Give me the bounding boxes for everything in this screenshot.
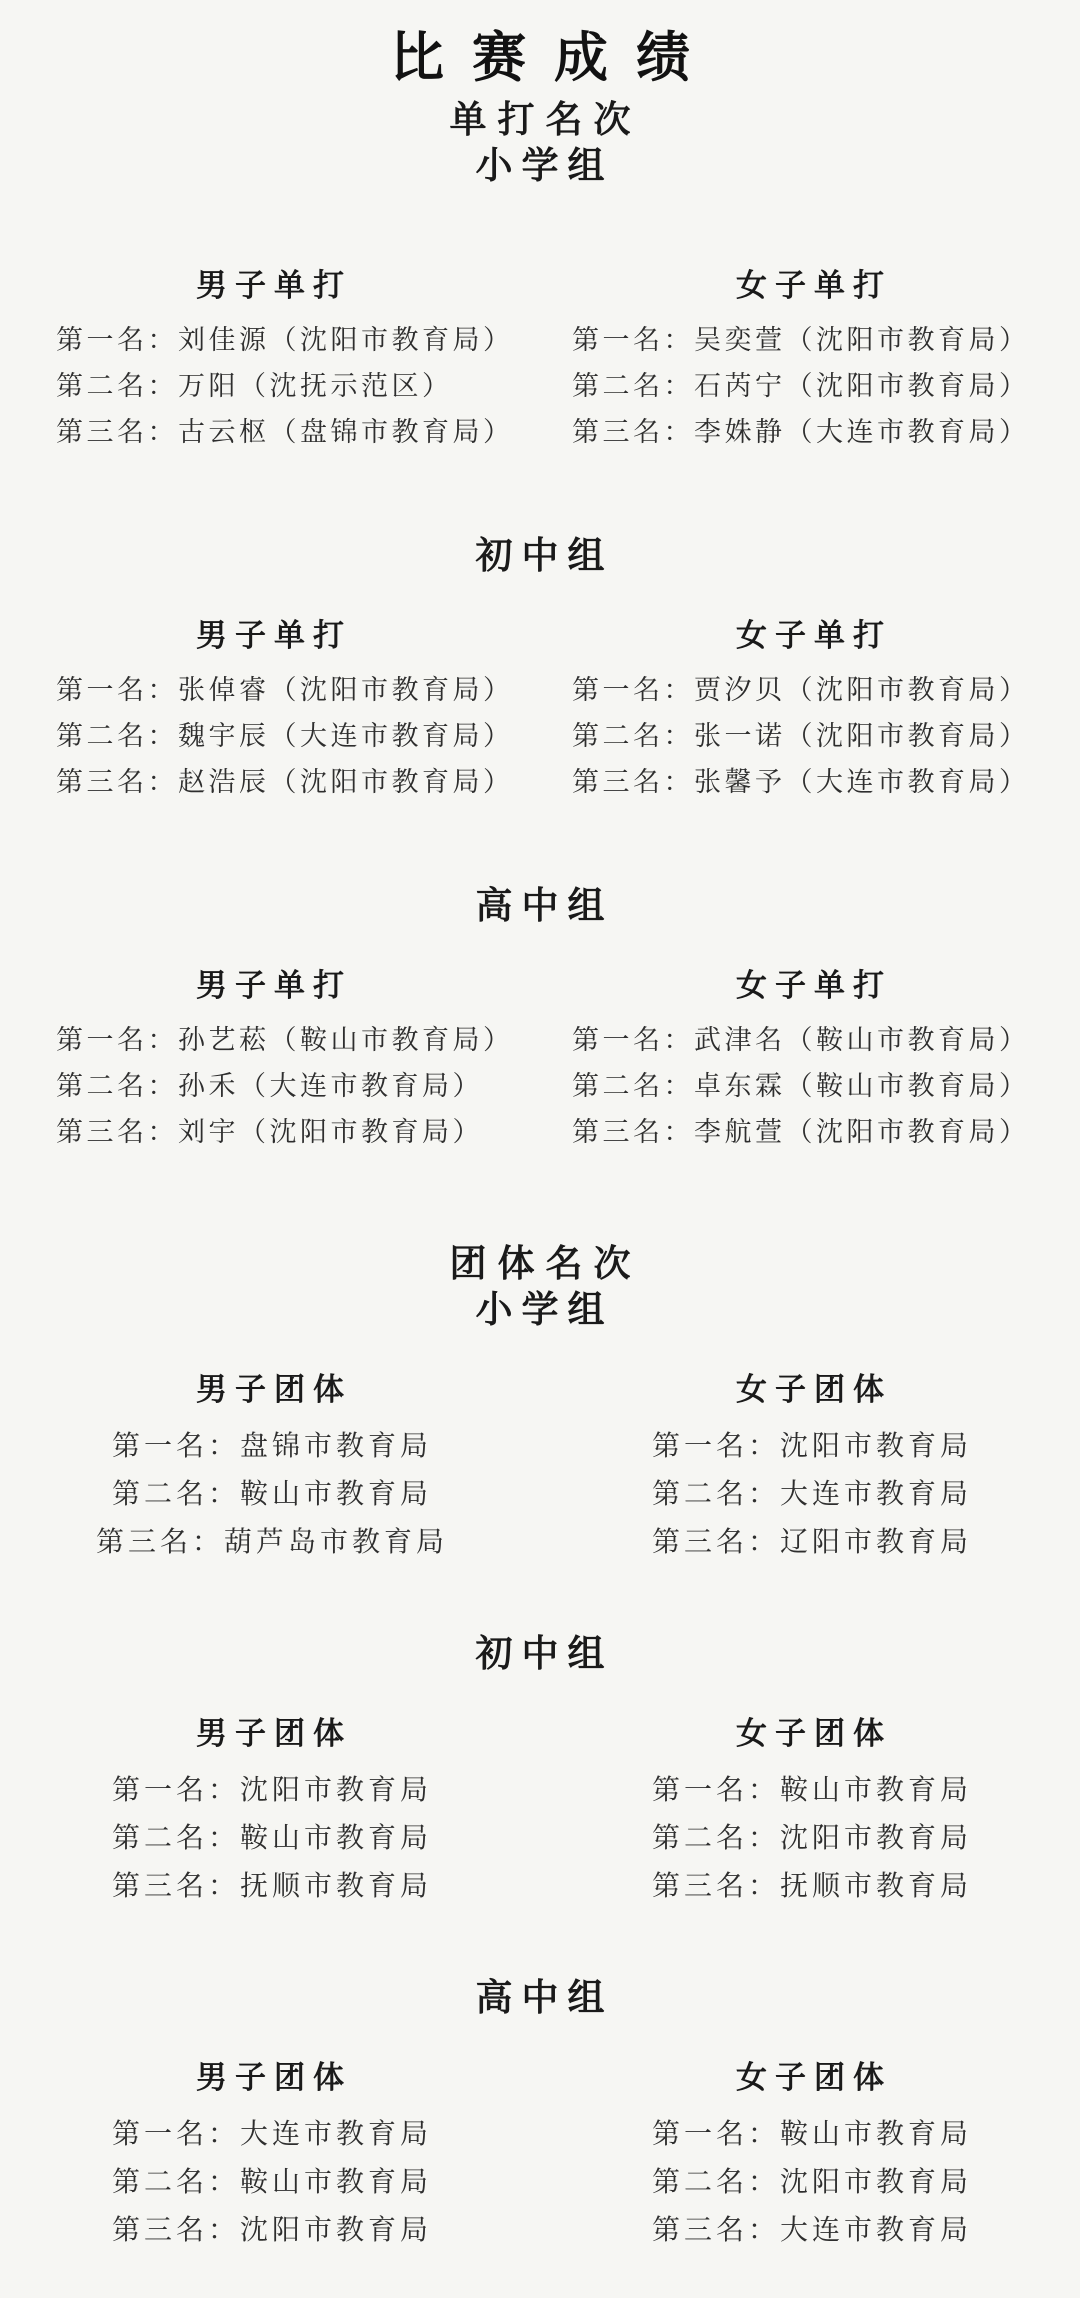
singles-section-heading: 单打名次: [0, 100, 1080, 142]
result-row: 第二名：大连市教育局: [540, 1480, 1080, 1510]
result-row: 第二名：魏宇辰（大连市教育局）: [0, 722, 540, 751]
result-row: 第三名：刘宇（沈阳市教育局）: [0, 1118, 540, 1147]
womens-team-column: 女子团体 第一名：鞍山市教育局 第二名：沈阳市教育局 第三名：抚顺市教育局: [540, 1716, 1080, 1920]
result-row: 第一名：鞍山市教育局: [540, 1776, 1080, 1806]
womens-team-column: 女子团体 第一名：沈阳市教育局 第二名：大连市教育局 第三名：辽阳市教育局: [540, 1372, 1080, 1576]
result-row: 第一名：武津名（鞍山市教育局）: [540, 1026, 1080, 1055]
results-pair-elementary-team: 男子团体 第一名：盘锦市教育局 第二名：鞍山市教育局 第三名：葫芦岛市教育局 女…: [0, 1372, 1080, 1576]
mens-singles-column: 男子单打 第一名：张倬睿（沈阳市教育局） 第二名：魏宇辰（大连市教育局） 第三名…: [0, 618, 540, 814]
womens-singles-column: 女子单打 第一名：吴奕萱（沈阳市教育局） 第二名：石芮宁（沈阳市教育局） 第三名…: [540, 268, 1080, 464]
result-row: 第二名：沈阳市教育局: [540, 1824, 1080, 1854]
result-row: 第一名：盘锦市教育局: [0, 1432, 540, 1462]
result-row: 第三名：李姝静（大连市教育局）: [540, 418, 1080, 447]
result-row: 第二名：万阳（沈抚示范区）: [0, 372, 540, 401]
results-pair-senior-singles: 男子单打 第一名：孙艺菘（鞍山市教育局） 第二名：孙禾（大连市教育局） 第三名：…: [0, 968, 1080, 1164]
group-heading-senior-team: 高中组: [0, 1978, 1080, 2020]
result-row: 第三名：赵浩辰（沈阳市教育局）: [0, 768, 540, 797]
column-header-mens-singles: 男子单打: [0, 968, 540, 1004]
group-heading-junior-singles: 初中组: [0, 536, 1080, 578]
result-row: 第一名：贾汐贝（沈阳市教育局）: [540, 676, 1080, 705]
result-row: 第一名：大连市教育局: [0, 2120, 540, 2150]
result-row: 第一名：沈阳市教育局: [0, 1776, 540, 1806]
womens-singles-column: 女子单打 第一名：贾汐贝（沈阳市教育局） 第二名：张一诺（沈阳市教育局） 第三名…: [540, 618, 1080, 814]
result-row: 第二名：鞍山市教育局: [0, 1824, 540, 1854]
results-document: 比赛成绩 单打名次 小学组 男子单打 第一名：刘佳源（沈阳市教育局） 第二名：万…: [0, 0, 1080, 2264]
column-header-womens-singles: 女子单打: [540, 618, 1080, 654]
result-row: 第一名：孙艺菘（鞍山市教育局）: [0, 1026, 540, 1055]
column-header-womens-team: 女子团体: [540, 2060, 1080, 2096]
result-row: 第一名：吴奕萱（沈阳市教育局）: [540, 326, 1080, 355]
column-header-mens-singles: 男子单打: [0, 618, 540, 654]
mens-team-column: 男子团体 第一名：盘锦市教育局 第二名：鞍山市教育局 第三名：葫芦岛市教育局: [0, 1372, 540, 1576]
column-header-mens-team: 男子团体: [0, 1716, 540, 1752]
group-heading-elementary-singles: 小学组: [0, 146, 1080, 188]
mens-singles-column: 男子单打 第一名：刘佳源（沈阳市教育局） 第二名：万阳（沈抚示范区） 第三名：古…: [0, 268, 540, 464]
group-heading-senior-singles: 高中组: [0, 886, 1080, 928]
column-header-mens-singles: 男子单打: [0, 268, 540, 304]
result-row: 第三名：沈阳市教育局: [0, 2216, 540, 2246]
mens-team-column: 男子团体 第一名：大连市教育局 第二名：鞍山市教育局 第三名：沈阳市教育局: [0, 2060, 540, 2264]
column-header-womens-singles: 女子单打: [540, 968, 1080, 1004]
column-header-womens-team: 女子团体: [540, 1716, 1080, 1752]
result-row: 第二名：沈阳市教育局: [540, 2168, 1080, 2198]
results-pair-junior-team: 男子团体 第一名：沈阳市教育局 第二名：鞍山市教育局 第三名：抚顺市教育局 女子…: [0, 1716, 1080, 1920]
result-row: 第三名：古云枢（盘锦市教育局）: [0, 418, 540, 447]
result-row: 第一名：刘佳源（沈阳市教育局）: [0, 326, 540, 355]
result-row: 第三名：大连市教育局: [540, 2216, 1080, 2246]
mens-singles-column: 男子单打 第一名：孙艺菘（鞍山市教育局） 第二名：孙禾（大连市教育局） 第三名：…: [0, 968, 540, 1164]
result-row: 第一名：鞍山市教育局: [540, 2120, 1080, 2150]
result-row: 第三名：辽阳市教育局: [540, 1528, 1080, 1558]
team-section-heading: 团体名次: [0, 1244, 1080, 1286]
result-row: 第二名：鞍山市教育局: [0, 2168, 540, 2198]
page-title: 比赛成绩: [0, 28, 1080, 88]
column-header-mens-team: 男子团体: [0, 2060, 540, 2096]
results-pair-junior-singles: 男子单打 第一名：张倬睿（沈阳市教育局） 第二名：魏宇辰（大连市教育局） 第三名…: [0, 618, 1080, 814]
womens-team-column: 女子团体 第一名：鞍山市教育局 第二名：沈阳市教育局 第三名：大连市教育局: [540, 2060, 1080, 2264]
mens-team-column: 男子团体 第一名：沈阳市教育局 第二名：鞍山市教育局 第三名：抚顺市教育局: [0, 1716, 540, 1920]
result-row: 第三名：葫芦岛市教育局: [0, 1528, 540, 1558]
result-row: 第二名：鞍山市教育局: [0, 1480, 540, 1510]
result-row: 第二名：石芮宁（沈阳市教育局）: [540, 372, 1080, 401]
womens-singles-column: 女子单打 第一名：武津名（鞍山市教育局） 第二名：卓东霖（鞍山市教育局） 第三名…: [540, 968, 1080, 1164]
result-row: 第三名：抚顺市教育局: [540, 1872, 1080, 1902]
group-heading-junior-team: 初中组: [0, 1634, 1080, 1676]
result-row: 第三名：张馨予（大连市教育局）: [540, 768, 1080, 797]
results-pair-elementary-singles: 男子单打 第一名：刘佳源（沈阳市教育局） 第二名：万阳（沈抚示范区） 第三名：古…: [0, 268, 1080, 464]
results-pair-senior-team: 男子团体 第一名：大连市教育局 第二名：鞍山市教育局 第三名：沈阳市教育局 女子…: [0, 2060, 1080, 2264]
result-row: 第三名：抚顺市教育局: [0, 1872, 540, 1902]
group-heading-elementary-team: 小学组: [0, 1290, 1080, 1332]
result-row: 第三名：李航萱（沈阳市教育局）: [540, 1118, 1080, 1147]
result-row: 第二名：卓东霖（鞍山市教育局）: [540, 1072, 1080, 1101]
column-header-womens-singles: 女子单打: [540, 268, 1080, 304]
column-header-womens-team: 女子团体: [540, 1372, 1080, 1408]
result-row: 第一名：沈阳市教育局: [540, 1432, 1080, 1462]
result-row: 第一名：张倬睿（沈阳市教育局）: [0, 676, 540, 705]
column-header-mens-team: 男子团体: [0, 1372, 540, 1408]
result-row: 第二名：张一诺（沈阳市教育局）: [540, 722, 1080, 751]
result-row: 第二名：孙禾（大连市教育局）: [0, 1072, 540, 1101]
